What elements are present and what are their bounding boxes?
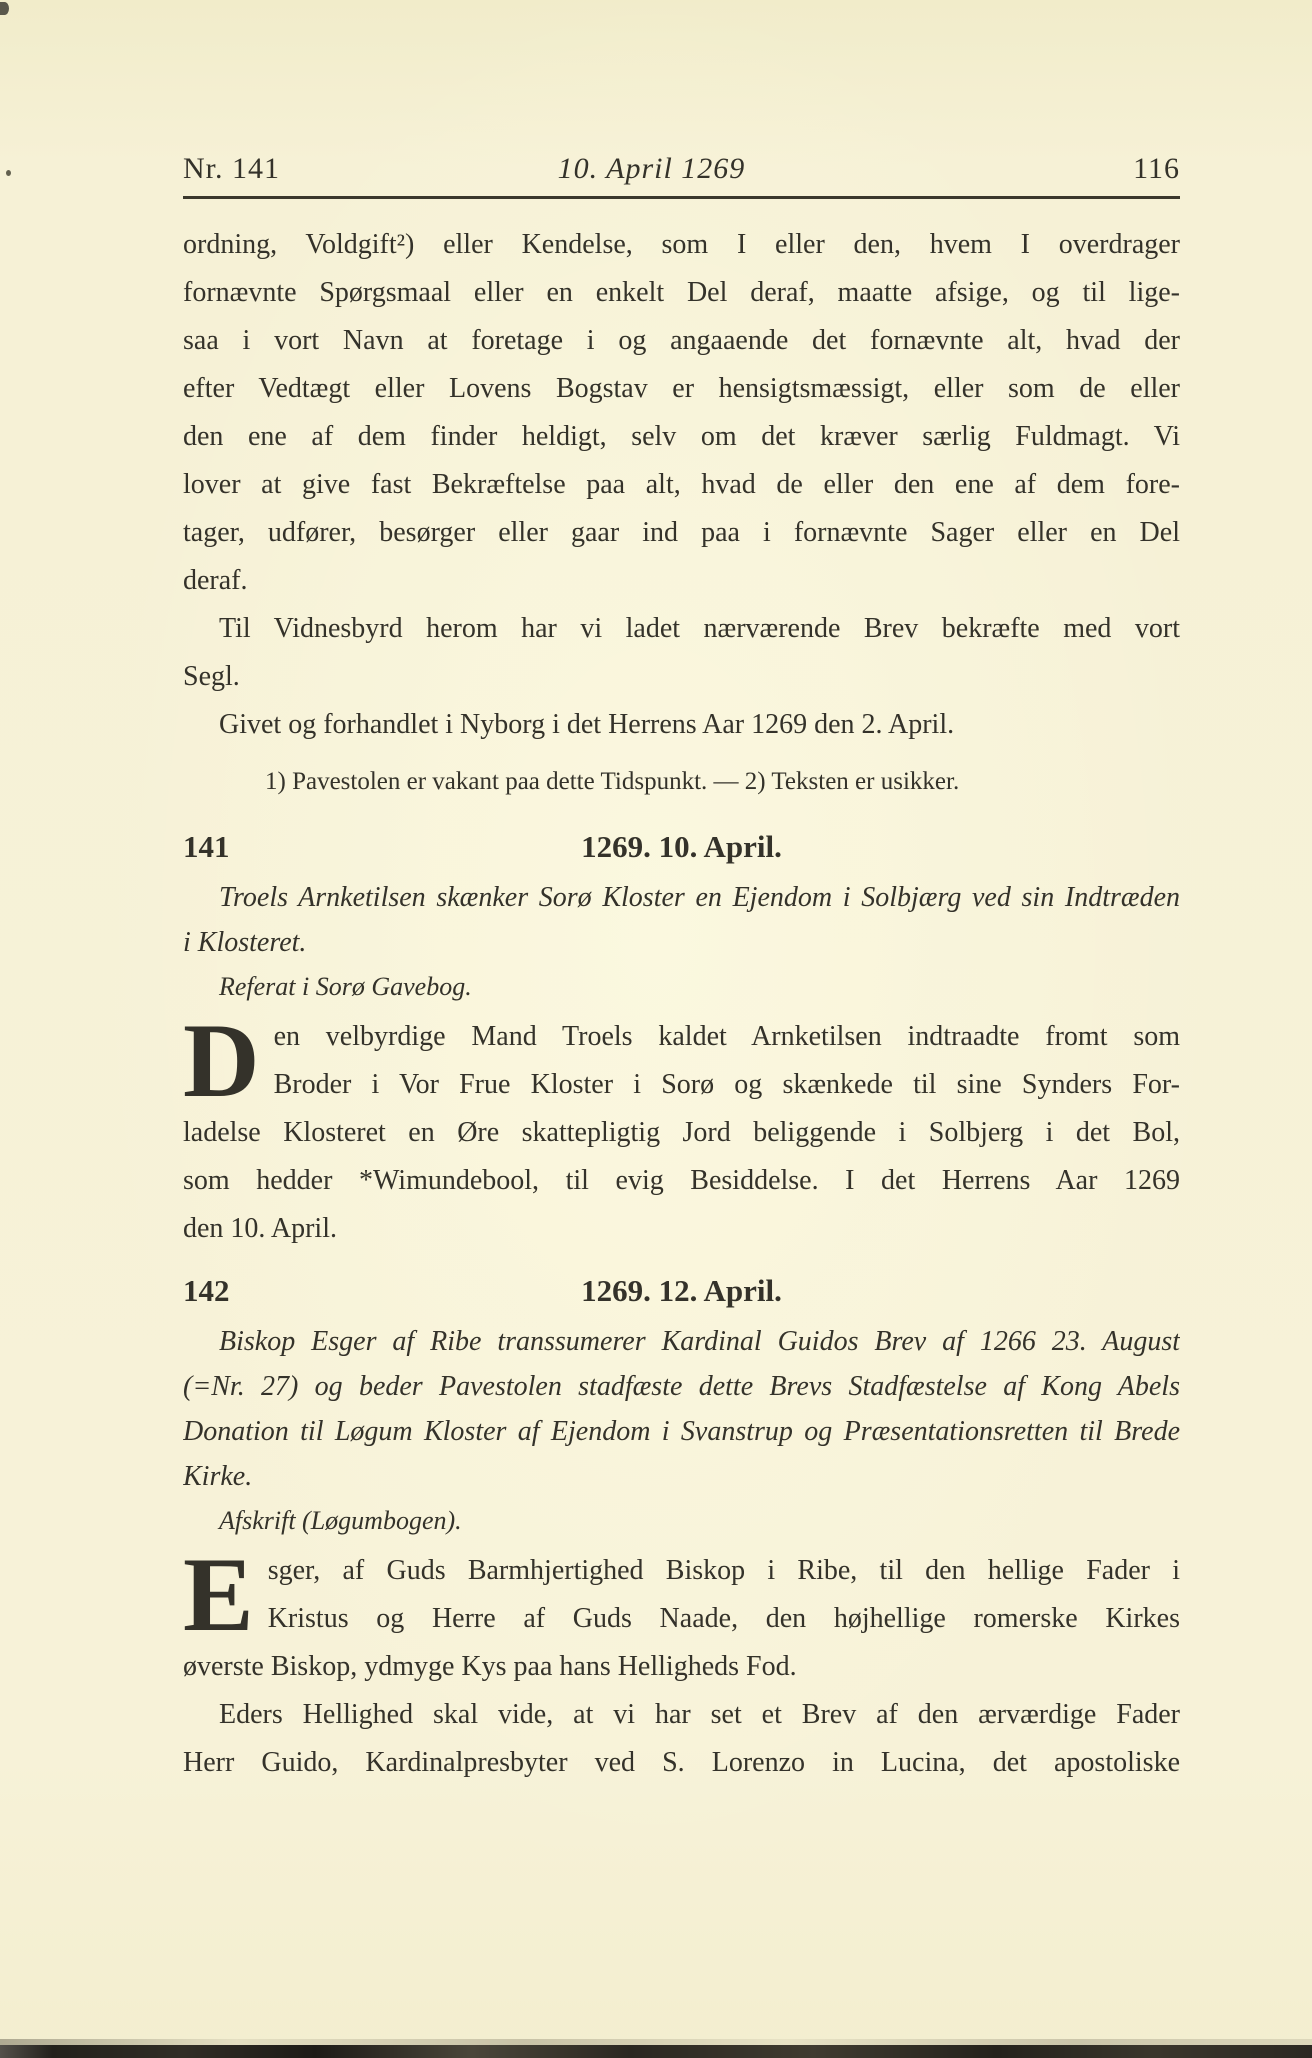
text-line: saa i vort Navn at foretage i og angaaen… (183, 317, 1180, 365)
witness-paragraph: Til Vidnesbyrd herom har vi ladet nærvær… (183, 605, 1180, 701)
header-rule (183, 196, 1180, 199)
text-line: efter Vedtægt eller Lovens Bogstav er he… (183, 365, 1180, 413)
text-line: den 10. April. (183, 1205, 1180, 1253)
text-line: øverste Biskop, ydmyge Kys paa hans Hell… (183, 1643, 1180, 1691)
entry-141-dropcap-initial: D (183, 1017, 260, 1109)
dating-paragraph: Givet og forhandlet i Nyborg i det Herre… (183, 701, 1180, 749)
entry-142-date: 1269. 12. April. (183, 1269, 1180, 1313)
text-line: Troels Arnketilsen skænker Sorø Kloster … (183, 875, 1180, 920)
footnote: 1) Pavestolen er vakant paa dette Tidspu… (183, 765, 1180, 799)
text-line: (=Nr. 27) og beder Pavestolen stadfæste … (183, 1364, 1180, 1409)
scan-bottom-edge (0, 2045, 1312, 2058)
text-line: lover at give fast Bekræftelse paa alt, … (183, 461, 1180, 509)
text-line: som hedder *Wimundebool, til evig Besidd… (183, 1157, 1180, 1205)
entry-142-source-note: Afskrift (Løgumbogen). (183, 1503, 1180, 1539)
text-line: Donation til Løgum Kloster af Ejendom i … (183, 1409, 1180, 1454)
entry-141-body-paragraph: D en velbyrdige Mand Troels kaldet Arnke… (183, 1013, 1180, 1253)
continuation-body-paragraph: ordning, Voldgift²) eller Kendelse, som … (183, 221, 1180, 605)
text-line: deraf. (183, 557, 1180, 605)
text-line: tager, udfører, besørger eller gaar ind … (183, 509, 1180, 557)
entry-142-heading: 142 1269. 12. April. (183, 1269, 1180, 1313)
entry-142-dropcap-initial: E (183, 1551, 254, 1643)
text-line: Biskop Esger af Ribe transsumerer Kardin… (183, 1319, 1180, 1364)
entry-142-second-paragraph: Eders Hellighed skal vide, at vi har set… (183, 1691, 1180, 1787)
text-line: sger, af Guds Barmhjertighed Biskop i Ri… (268, 1547, 1180, 1595)
entry-141-summary: Troels Arnketilsen skænker Sorø Kloster … (183, 875, 1180, 965)
text-line: Segl. (183, 653, 1180, 701)
entry-142-body-paragraph: E sger, af Guds Barmhjertighed Biskop i … (183, 1547, 1180, 1691)
text-line: i Klosteret. (183, 920, 1180, 965)
text-line: ordning, Voldgift²) eller Kendelse, som … (183, 221, 1180, 269)
scan-speck-dot (6, 170, 11, 176)
entry-141-body-lines: en velbyrdige Mand Troels kaldet Arnketi… (183, 1013, 1180, 1253)
entry-141-source-note: Referat i Sorø Gavebog. (183, 969, 1180, 1005)
text-column: Nr. 141 10. April 1269 116 ordning, Vold… (183, 0, 1180, 1787)
running-header: Nr. 141 10. April 1269 116 (183, 150, 1180, 188)
text-line: Broder i Vor Frue Kloster i Sorø og skæn… (274, 1061, 1180, 1109)
text-line: en velbyrdige Mand Troels kaldet Arnketi… (274, 1013, 1180, 1061)
text-line: Eders Hellighed skal vide, at vi har set… (183, 1691, 1180, 1739)
entry-142-summary: Biskop Esger af Ribe transsumerer Kardin… (183, 1319, 1180, 1499)
text-line: ladelse Klosteret en Øre skattepligtig J… (183, 1109, 1180, 1157)
text-line: Kristus og Herre af Guds Naade, den højh… (268, 1595, 1180, 1643)
entry-141-date: 1269. 10. April. (183, 825, 1180, 869)
header-date: 10. April 1269 (183, 150, 1120, 188)
entry-141-heading: 141 1269. 10. April. (183, 825, 1180, 869)
text-line: Givet og forhandlet i Nyborg i det Herre… (183, 701, 1180, 749)
text-line: den ene af dem finder heldigt, selv om d… (183, 413, 1180, 461)
text-line: Herr Guido, Kardinalpresbyter ved S. Lor… (183, 1739, 1180, 1787)
text-line: Til Vidnesbyrd herom har vi ladet nærvær… (183, 605, 1180, 653)
entry-142-body-lines: sger, af Guds Barmhjertighed Biskop i Ri… (183, 1547, 1180, 1691)
scan-speck-corner (0, 2, 9, 15)
text-line: Kirke. (183, 1454, 1180, 1499)
scanned-book-page: Nr. 141 10. April 1269 116 ordning, Vold… (0, 0, 1312, 2058)
text-line: fornævnte Spørgsmaal eller en enkelt Del… (183, 269, 1180, 317)
header-page-number: 116 (1133, 150, 1180, 188)
